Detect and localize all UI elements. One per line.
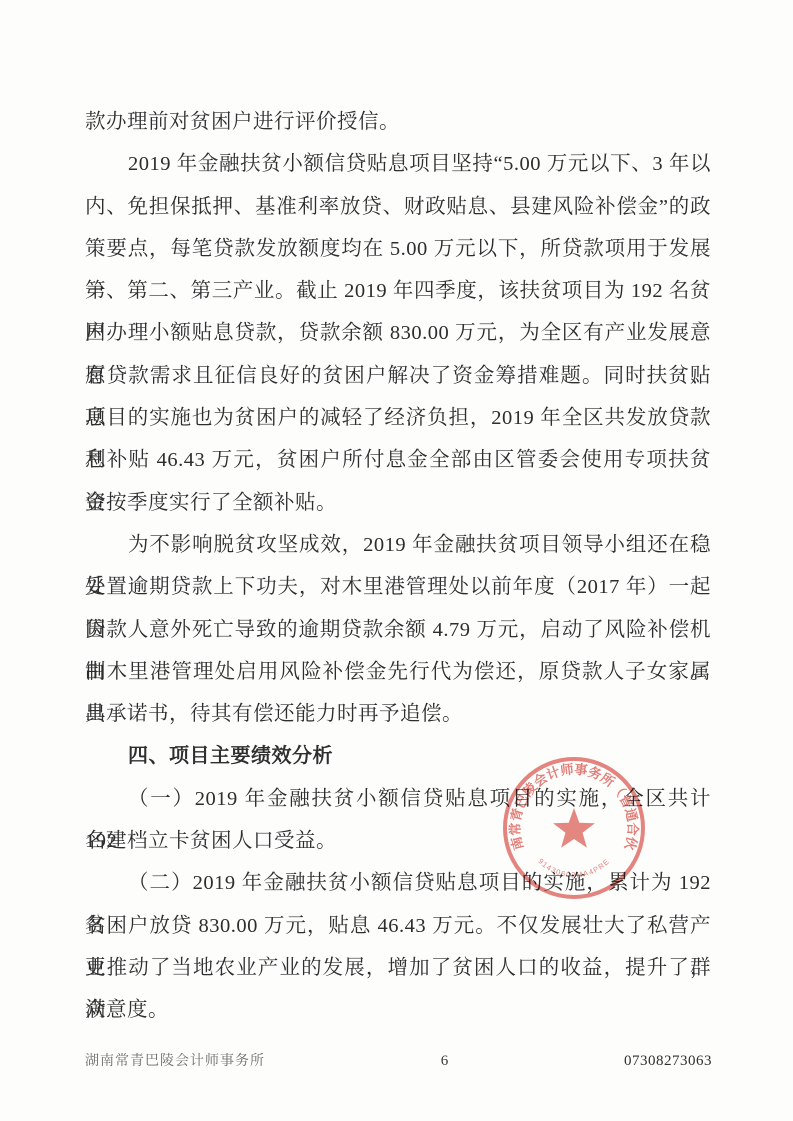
- text-line: 户办理小额贴息贷款，贷款余额 830.00 万元，为全区有产业发展意愿、: [85, 312, 711, 354]
- footer-firm-name: 湖南常青巴陵会计师事务所: [85, 1050, 265, 1070]
- text-line: （一）2019 年金融扶贫小额信贷贴息项目的实施，全区共计 192: [85, 778, 711, 820]
- text-line: 由木里港管理处启用风险补偿金先行代为偿还，原贷款人子女家属出: [85, 651, 711, 693]
- text-line: 满意度。: [85, 989, 711, 1031]
- text-line: 策要点，每笔贷款发放额度均在 5.00 万元以下，所贷款项用于发展第: [85, 228, 711, 270]
- text-line: 更推动了当地农业产业的发展，增加了贫困人口的收益，提升了群众: [85, 947, 711, 989]
- text-line: 金按季度实行了全额补贴。: [85, 482, 711, 524]
- text-line: 息补贴 46.43 万元，贫困户所付息金全部由区管委会使用专项扶贫资: [85, 439, 711, 481]
- text-line: 一、第二、第三产业。截止 2019 年四季度，该扶贫项目为 192 名贫困: [85, 270, 711, 312]
- footer-page-number: 6: [441, 1053, 449, 1070]
- text-line: （二）2019 年金融扶贫小额信贷贴息项目的实施，累计为 192 名: [85, 862, 711, 904]
- footer-phone-number: 07308273063: [624, 1053, 712, 1070]
- text-line: 内、免担保抵押、基准利率放贷、财政贴息、县建风险补偿金”的政: [85, 186, 711, 228]
- text-line: 款办理前对贫困户进行评价授信。: [85, 101, 711, 143]
- text-line: 2019 年金融扶贫小额信贷贴息项目坚持“5.00 万元以下、3 年以: [85, 143, 711, 185]
- document-body: 款办理前对贫困户进行评价授信。2019 年金融扶贫小额信贷贴息项目坚持“5.00…: [85, 101, 711, 1032]
- document-page: 款办理前对贫困户进行评价授信。2019 年金融扶贫小额信贷贴息项目坚持“5.00…: [0, 0, 793, 1121]
- text-line: 有贷款需求且征信良好的贫困户解决了资金筹措难题。同时扶贫贴息: [85, 355, 711, 397]
- text-line: 处置逾期贷款上下功夫，对木里港管理处以前年度（2017 年）一起因: [85, 566, 711, 608]
- text-line: 项目的实施也为贫困户的减轻了经济负担，2019 年全区共发放贷款利: [85, 397, 711, 439]
- text-line: 贫困户放贷 830.00 万元，贴息 46.43 万元。不仅发展壮大了私营产业，: [85, 905, 711, 947]
- text-line: 具承诺书，待其有偿还能力时再予追偿。: [85, 693, 711, 735]
- text-line: 为不影响脱贫攻坚成效，2019 年金融扶贫项目领导小组还在稳妥: [85, 524, 711, 566]
- section-heading: 四、项目主要绩效分析: [85, 735, 711, 777]
- text-line: 名建档立卡贫困人口受益。: [85, 820, 711, 862]
- text-line: 贷款人意外死亡导致的逾期贷款余额 4.79 万元，启动了风险补偿机制。: [85, 609, 711, 651]
- page-footer: 湖南常青巴陵会计师事务所 6 07308273063: [85, 1050, 712, 1070]
